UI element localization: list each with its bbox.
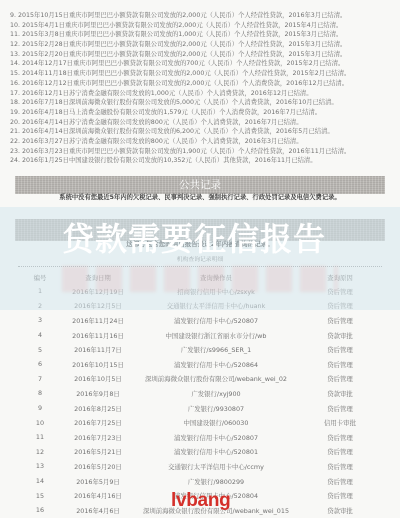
row-number: 5 (20, 342, 60, 357)
row-date: 2016年4月16日 (57, 488, 139, 503)
row-reason: 贷后管理 (300, 313, 380, 328)
table-row: 11 2016年7月23日 浦发银行信用卡中心/520807 贷后管理 (0, 430, 400, 445)
table-row: 10 2016年7月25日 中国建设银行/060030 信用卡审批 (0, 415, 400, 430)
row-reason: 贷后管理 (300, 372, 380, 387)
loan-record-list: 9. 2015年10月15日重庆市阿里巴巴小额贷款有限公司发放的2,000元（人… (10, 11, 395, 166)
loan-record-item: 24. 2016年1月25日中国建设银行股份有限公司发放的10,352元（人民币… (10, 156, 395, 166)
watermark-title: 贷款需要征信报告 (62, 221, 352, 257)
table-row: 4 2016年11月16日 中国建设银行浙江省丽水市分行/wb 贷款审批 (0, 328, 400, 343)
row-number: 13 (20, 459, 60, 474)
table-row: 9 2016年8月25日 广发银行/9930807 贷后管理 (0, 401, 400, 416)
table-row: 5 2016年11月7日 广发银行/s9966_SER_1 贷后管理 (0, 342, 400, 357)
loan-record-item: 9. 2015年10月15日重庆市阿里巴巴小额贷款有限公司发放的2,000元（人… (10, 11, 395, 21)
row-date: 2016年10月15日 (57, 357, 139, 372)
row-operator: 广发银行/9930807 (138, 401, 294, 416)
row-reason: 贷后管理 (300, 357, 380, 372)
loan-record-item: 23. 2016年3月23日重庆市阿里巴巴小额贷款有限公司发放的1,900元（人… (10, 147, 395, 157)
row-date: 2016年5月21日 (57, 445, 139, 460)
row-number: 4 (20, 328, 60, 343)
table-row: 14 2016年5月9日 广发银行/9800299 贷后管理 (0, 474, 400, 489)
loan-record-item: 11. 2015年3月8日重庆市阿里巴巴小额贷款有限公司发放的1,000元（人民… (10, 30, 395, 40)
table-row: 8 2016年9月8日 广发银行/xyj900 贷款审批 (0, 386, 400, 401)
row-operator: 中国建设银行/060030 (138, 415, 294, 430)
row-date: 2016年5月9日 (57, 474, 139, 489)
row-operator: 交通银行太平洋信用卡中心/ccmy (138, 459, 294, 474)
loan-record-item: 15. 2014年11月18日重庆市阿里巴巴小额贷款有限公司发放的2,000元（… (10, 69, 395, 79)
row-reason: 贷后管理 (300, 401, 380, 416)
row-date: 2016年4月6日 (57, 503, 139, 518)
row-date: 2016年8月25日 (57, 401, 139, 416)
loan-record-item: 19. 2016年4月18日马上消费金融股份有限公司发放的1,579元（人民币）… (10, 108, 395, 118)
row-operator: 深圳前海微众银行股份有限公司/webank_wei_02 (138, 372, 294, 387)
public-records-header: 公共记录 (15, 176, 385, 194)
row-date: 2016年7月23日 (57, 430, 139, 445)
row-date: 2016年11月7日 (57, 342, 139, 357)
table-row: 12 2016年5月21日 浦发银行信用卡中心/520801 贷后管理 (0, 445, 400, 460)
row-operator: 浦发银行信用卡中心/520801 (138, 445, 294, 460)
loan-record-item: 20. 2016年4月14日苏宁消费金融有限公司发放的800元（人民币）个人消费… (10, 118, 395, 128)
row-reason: 贷后管理 (300, 430, 380, 445)
row-operator: 浦发银行信用卡中心/520807 (138, 313, 294, 328)
row-date: 2016年7月25日 (57, 415, 139, 430)
row-reason: 贷后管理 (300, 474, 380, 489)
row-number: 8 (20, 386, 60, 401)
row-date: 2016年10月5日 (57, 372, 139, 387)
row-number: 14 (20, 474, 60, 489)
credit-report-page: 9. 2015年10月15日重庆市阿里巴巴小额贷款有限公司发放的2,000元（人… (0, 0, 400, 518)
row-operator: 浦发银行信用卡中心/520864 (138, 357, 294, 372)
row-operator: 广发银行/s9966_SER_1 (138, 342, 294, 357)
row-reason: 贷后管理 (300, 342, 380, 357)
row-number: 15 (20, 488, 60, 503)
row-number: 7 (20, 372, 60, 387)
row-reason: 贷款审批 (300, 328, 380, 343)
table-row: 7 2016年10月5日 深圳前海微众银行股份有限公司/webank_wei_0… (0, 372, 400, 387)
table-row: 13 2016年5月20日 交通银行太平洋信用卡中心/ccmy 贷后管理 (0, 459, 400, 474)
row-number: 11 (20, 430, 60, 445)
row-reason: 信用卡审批 (300, 415, 380, 430)
loan-record-item: 16. 2016年12月12日重庆市阿里巴巴小额贷款有限公司发放的2,000元（… (10, 79, 395, 89)
row-date: 2016年9月8日 (57, 386, 139, 401)
loan-record-item: 18. 2016年7月18日深圳前海微众银行股份有限公司发放的5,000元（人民… (10, 98, 395, 108)
table-row: 6 2016年10月15日 浦发银行信用卡中心/520864 贷后管理 (0, 357, 400, 372)
row-reason: 贷后管理 (300, 459, 380, 474)
table-row: 3 2016年11月24日 浦发银行信用卡中心/520807 贷后管理 (0, 313, 400, 328)
lvbang-logo: lvbang (171, 491, 230, 510)
row-reason: 贷后管理 (300, 488, 380, 503)
loan-record-item: 17. 2016年12月1日苏宁消费金融有限公司发放的1,000元（人民币）个人… (10, 89, 395, 99)
faint-watermark-subtext (62, 266, 338, 292)
loan-record-item: 10. 2015年4月1日重庆市阿里巴巴小额贷款有限公司发放的2,000元（人民… (10, 21, 395, 31)
row-number: 3 (20, 313, 60, 328)
loan-record-item: 21. 2016年4月14日深圳前海微众银行股份有限公司发放的6,200元（人民… (10, 127, 395, 137)
row-date: 2016年5月20日 (57, 459, 139, 474)
row-number: 12 (20, 445, 60, 460)
loan-record-item: 22. 2016年3月27日苏宁消费金融有限公司发放的800元（人民币）个人消费… (10, 137, 395, 147)
row-reason: 贷款审批 (300, 386, 380, 401)
public-records-note: 系统中没有您最近5年内的欠税记录、民事判决记录、强制执行记录、行政处罚记录及电信… (0, 194, 400, 202)
public-records-title: 公共记录 (15, 176, 385, 194)
row-number: 9 (20, 401, 60, 416)
row-reason: 贷款审批 (300, 503, 380, 518)
loan-record-item: 14. 2014年12月17日重庆市阿里巴巴小额贷款有限公司发放的700元（人民… (10, 59, 395, 69)
row-operator: 广发银行/9800299 (138, 474, 294, 489)
row-number: 10 (20, 415, 60, 430)
row-number: 16 (20, 503, 60, 518)
row-date: 2016年11月24日 (57, 313, 139, 328)
loan-record-item: 12. 2015年2月28日重庆市阿里巴巴小额贷款有限公司发放的2,000元（人… (10, 40, 395, 50)
row-date: 2016年11月16日 (57, 328, 139, 343)
loan-record-item: 13. 2015年2月20日重庆市阿里巴巴小额贷款有限公司发放的2,000元（人… (10, 50, 395, 60)
row-operator: 中国建设银行浙江省丽水市分行/wb (138, 328, 294, 343)
row-operator: 浦发银行信用卡中心/520807 (138, 430, 294, 445)
row-reason: 贷后管理 (300, 445, 380, 460)
row-operator: 广发银行/xyj900 (138, 386, 294, 401)
row-number: 6 (20, 357, 60, 372)
